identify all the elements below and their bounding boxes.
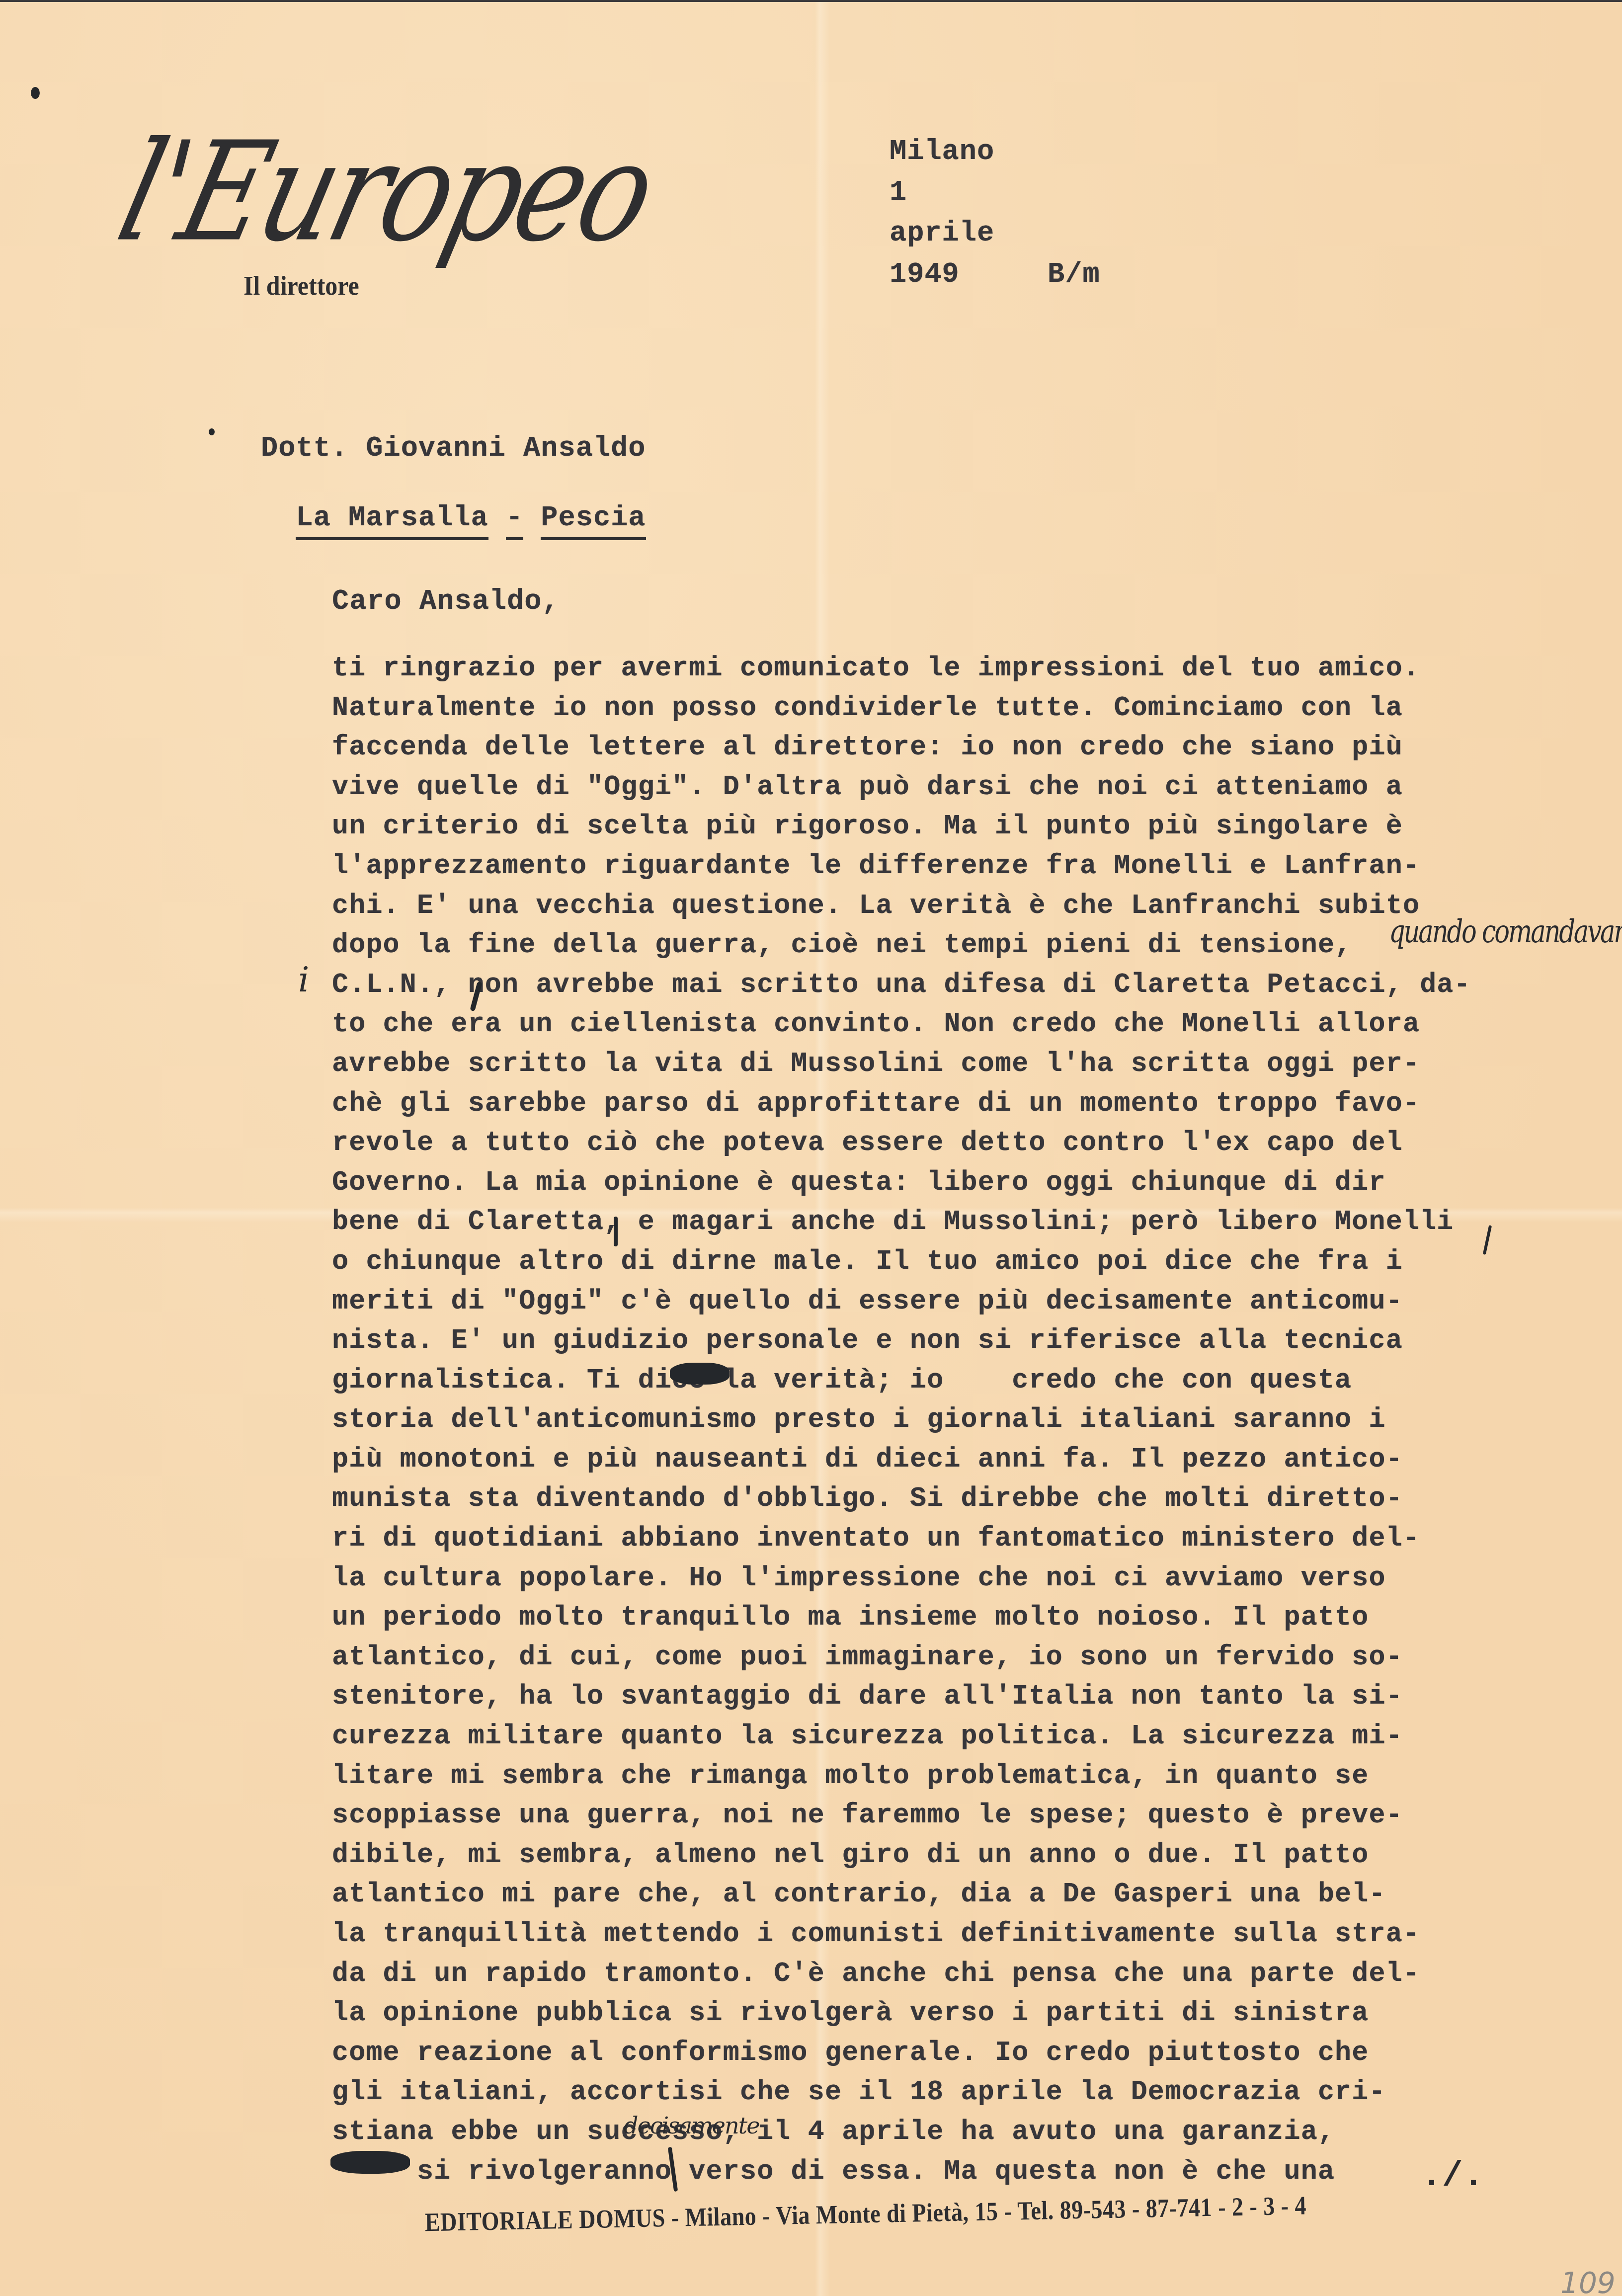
recipient-name: Dott. Giovanni Ansaldo xyxy=(261,435,646,463)
body-line: più monotoni e più nauseanti di dieci an… xyxy=(332,1440,1475,1479)
body-line: gli italiani, accortisi che se il 18 apr… xyxy=(332,2072,1475,2112)
dateline-year: 1949 xyxy=(890,261,960,289)
body-line: giornalistica. Ti dico la verità; io cre… xyxy=(332,1361,1475,1400)
body-line: curezza militare quanto la sicurezza pol… xyxy=(332,1717,1475,1756)
handwritten-comma xyxy=(1483,1225,1492,1255)
dateline-month: aprile xyxy=(890,220,994,248)
body-line: come reazione al conformismo generale. I… xyxy=(332,2033,1475,2073)
margin-insert-i: i xyxy=(298,959,309,1000)
body-line: ti ringrazio per avermi comunicato le im… xyxy=(332,649,1475,688)
body-line: munista sta diventando d'obbligo. Si dir… xyxy=(332,1479,1475,1519)
body-line: vive quelle di "Oggi". D'altra può darsi… xyxy=(332,767,1475,807)
body-line: dibile, mi sembra, almeno nel giro di un… xyxy=(332,1835,1475,1875)
body-line: faccenda delle lettere al direttore: io … xyxy=(332,728,1475,767)
body-line: to che era un ciellenista convinto. Non … xyxy=(332,1004,1475,1044)
body-line: meriti di "Oggi" c'è quello di essere pi… xyxy=(332,1282,1475,1321)
dateline-city: Milano xyxy=(890,138,994,166)
dateline-reference: B/m xyxy=(1048,261,1100,289)
body-line: si rivolgeranno verso di essa. Ma questa… xyxy=(332,2152,1475,2192)
body-line: stiana ebbe un successo, il 4 aprile ha … xyxy=(332,2112,1475,2152)
body-line: avrebbe scritto la vita di Mussolini com… xyxy=(332,1044,1475,1084)
body-line: chè gli sarebbe parso di approfittare di… xyxy=(332,1084,1475,1124)
body-line: ri di quotidiani abbiano inventato un fa… xyxy=(332,1519,1475,1558)
recipient-address: La Marsalla - Pescia xyxy=(261,476,646,533)
body-line: C.L.N., non avrebbe mai scritto una dife… xyxy=(332,965,1475,1005)
body-line: chi. E' una vecchia questione. La verità… xyxy=(332,886,1475,926)
strikeout-blot xyxy=(330,2151,410,2174)
strikeout-blot xyxy=(670,1363,730,1385)
body-line: Governo. La mia opinione è questa: liber… xyxy=(332,1163,1475,1203)
body-line: atlantico, di cui, come puoi immaginare,… xyxy=(332,1638,1475,1677)
body-line: storia dell'anticomunismo presto i giorn… xyxy=(332,1400,1475,1440)
letter-body: ti ringrazio per avermi comunicato le im… xyxy=(332,649,1475,2191)
letterhead-footer: EDITORIALE DOMUS - Milano - Via Monte di… xyxy=(424,2190,1306,2237)
body-line: l'apprezzamento riguardante le differenz… xyxy=(332,846,1475,886)
scan-top-edge xyxy=(0,0,1622,2)
ink-spot xyxy=(31,87,40,99)
letterhead-logo: l'Europeo xyxy=(107,124,664,261)
body-line: bene di Claretta, e magari anche di Muss… xyxy=(332,1202,1475,1242)
letterhead-subtitle: Il direttore xyxy=(243,269,359,301)
handwritten-comma xyxy=(614,1217,618,1246)
body-line: la cultura popolare. Ho l'impressione ch… xyxy=(332,1558,1475,1598)
body-line: atlantico mi pare che, al contrario, dia… xyxy=(332,1875,1475,1914)
body-line: dopo la fine della guerra, cioè nei temp… xyxy=(332,925,1475,965)
body-line: da di un rapido tramonto. C'è anche chi … xyxy=(332,1954,1475,1994)
ink-spot xyxy=(209,428,215,435)
body-line: scoppiasse una guerra, noi ne faremmo le… xyxy=(332,1796,1475,1835)
recipient-address-separator: - xyxy=(488,502,541,540)
body-line: o chiunque altro di dirne male. Il tuo a… xyxy=(332,1242,1475,1282)
body-line: nista. E' un giudizio personale e non si… xyxy=(332,1321,1475,1361)
continuation-mark: ./. xyxy=(1421,2157,1484,2196)
body-line: un criterio di scelta più rigoroso. Ma i… xyxy=(332,807,1475,846)
recipient-address-place: La Marsalla xyxy=(296,502,488,540)
salutation: Caro Ansaldo, xyxy=(332,588,560,616)
handwritten-insert-decisamente: decisamente xyxy=(624,2112,759,2139)
handwritten-insert-tensione: quando comandavano xyxy=(1389,913,1622,950)
body-line: litare mi sembra che rimanga molto probl… xyxy=(332,1756,1475,1796)
dateline-day: 1 xyxy=(890,179,907,207)
body-line: la tranquillità mettendo i comunisti def… xyxy=(332,1914,1475,1954)
body-line: la opinione pubblica si rivolgerà verso … xyxy=(332,1993,1475,2033)
archive-page-number: 109 xyxy=(1560,2266,1616,2296)
body-line: revole a tutto ciò che poteva essere det… xyxy=(332,1123,1475,1163)
body-line: Naturalmente io non posso condividerle t… xyxy=(332,688,1475,728)
body-line: un periodo molto tranquillo ma insieme m… xyxy=(332,1598,1475,1638)
recipient-address-town: Pescia xyxy=(541,502,646,540)
body-line: stenitore, ha lo svantaggio di dare all'… xyxy=(332,1677,1475,1717)
